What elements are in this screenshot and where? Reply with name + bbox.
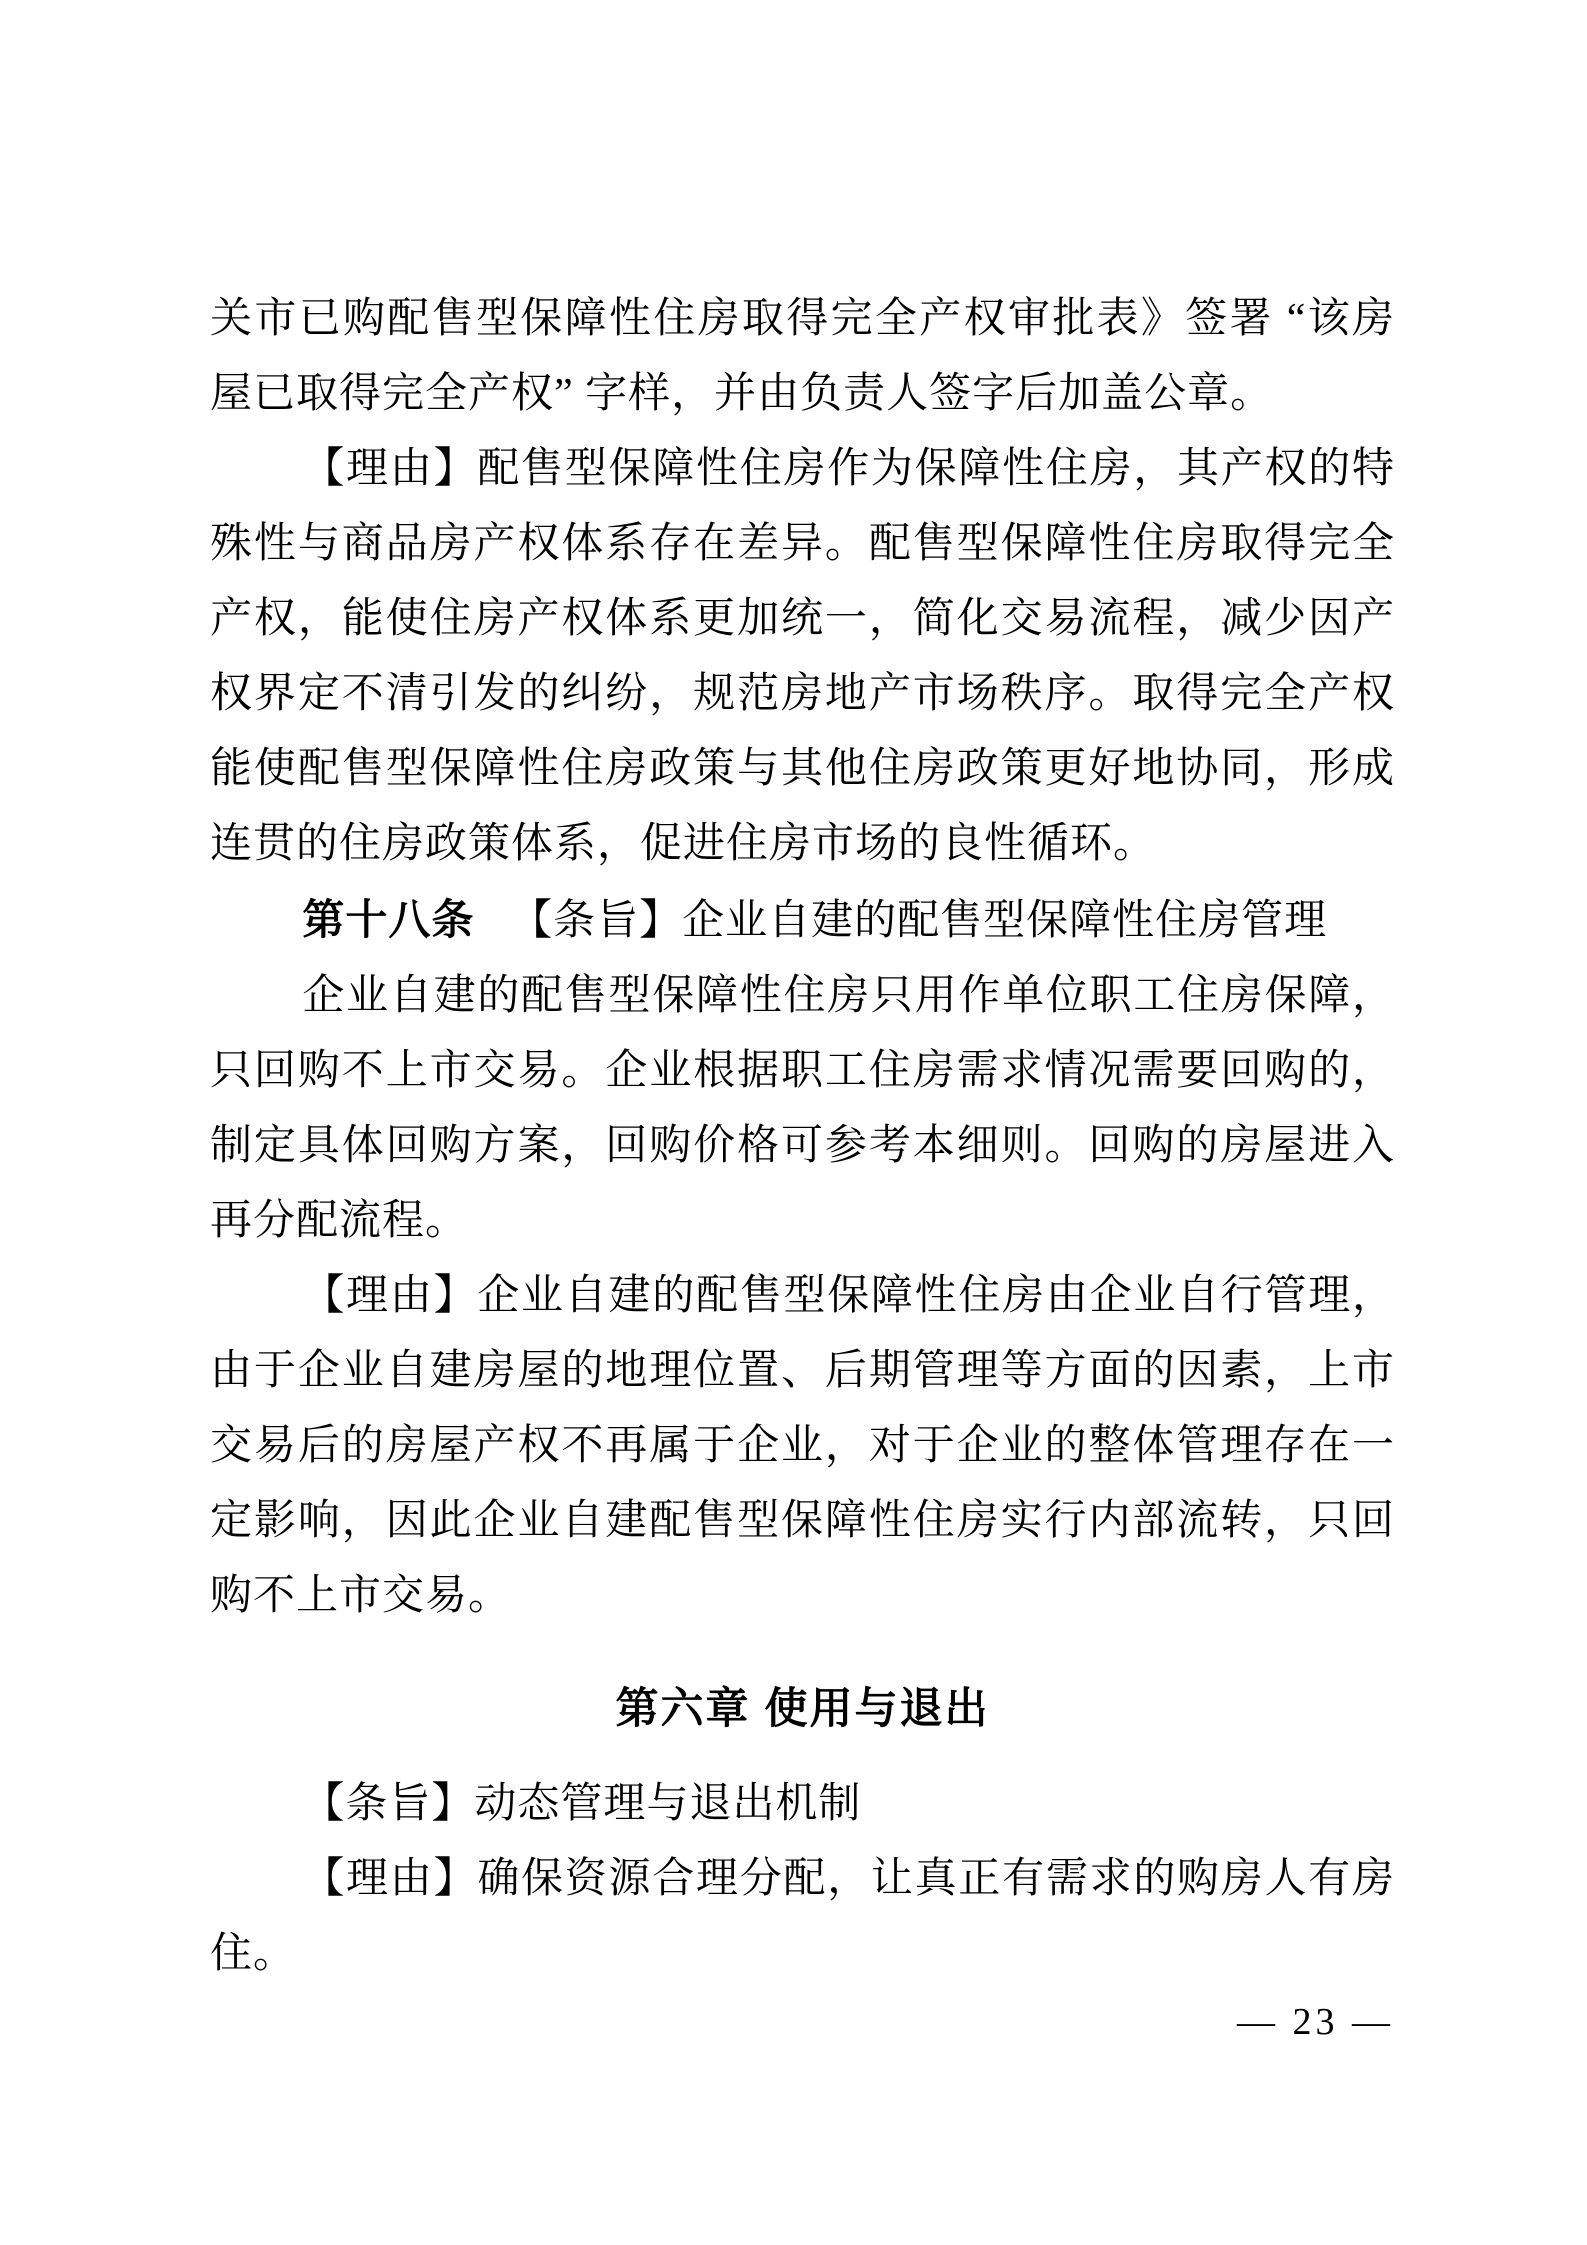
article-18-heading-line: 第十八条【条旨】企业自建的配售型保障性住房管理 (210, 882, 1395, 959)
page-footer: — 23 — (1237, 1998, 1394, 2046)
document-page: 关市已购配售型保障性住房取得完全产权审批表》签署 “该房屋已取得完全产权” 字样… (0, 0, 1587, 2245)
paragraph-article-18-body: 企业自建的配售型保障性住房只用作单位职工住房保障，只回购不上市交易。企业根据职工… (210, 959, 1395, 1259)
document-body: 关市已购配售型保障性住房取得完全产权审批表》签署 “该房屋已取得完全产权” 字样… (210, 282, 1395, 1992)
paragraph-reason-article17: 【理由】配售型保障性住房作为保障性住房，其产权的特殊性与商品房产权体系存在差异。… (210, 432, 1395, 882)
paragraph-continuation: 关市已购配售型保障性住房取得完全产权审批表》签署 “该房屋已取得完全产权” 字样… (210, 282, 1395, 432)
article-18-number: 第十八条 (302, 896, 474, 943)
paragraph-reason-article18: 【理由】企业自建的配售型保障性住房由企业自行管理，由于企业自建房屋的地理位置、后… (210, 1259, 1395, 1634)
paragraph-chapter6-tiaozhi: 【条旨】动态管理与退出机制 (210, 1767, 1395, 1842)
article-18-title: 【条旨】企业自建的配售型保障性住房管理 (510, 898, 1327, 944)
chapter-6-heading: 第六章 使用与退出 (210, 1672, 1395, 1747)
paragraph-chapter6-reason: 【理由】确保资源合理分配，让真正有需求的购房人有房住。 (210, 1842, 1395, 1992)
page-number: — 23 — (1237, 2001, 1394, 2043)
